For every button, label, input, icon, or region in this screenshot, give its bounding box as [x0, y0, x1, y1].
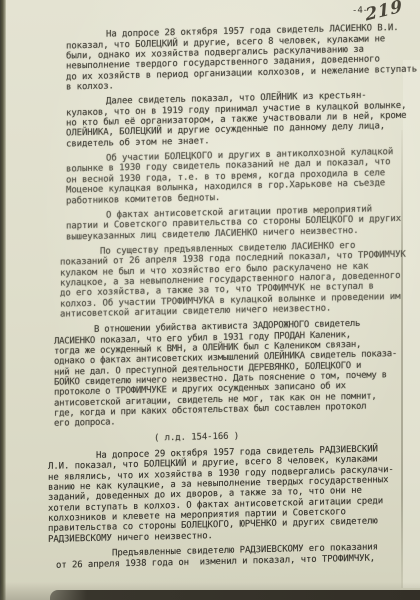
paragraph-interrogation-lasienko: На допросе 28 октября 1957 года свидетел…	[66, 23, 420, 93]
paragraph-radzievsky-testimony: На допросе 29 октября 1957 года свидетел…	[48, 444, 420, 546]
paragraph-trofimchuk-testimony: По существу предъявленных свидетелю ЛАСИ…	[60, 239, 420, 320]
case-sheets-reference: ( л.д. 154-166 )	[66, 427, 420, 445]
paragraph-boletsky-1930: Об участии БОЛЕЦКОГО и других в антиколх…	[66, 147, 420, 207]
scanned-document-photo: -4- На допросе 28 октября 1957 года свид…	[0, 0, 420, 600]
paragraph-oleynik-1919: Далее свидетель показал, что ОЛЕЙНИК из …	[66, 90, 420, 150]
photo-left-edge	[0, 0, 6, 600]
typed-text-block: -4- На допросе 28 октября 1957 года свид…	[0, 0, 420, 577]
paragraph-zadorozhny-murder: В отношении убийства активиста ЗАДОРОЖНО…	[54, 318, 420, 430]
bottom-dark-band	[50, 590, 420, 600]
paragraph-agitation-facts: О фактах антисоветской агитации против м…	[66, 203, 420, 242]
paragraph-radzievsky-changed: Предъявленные свидетелю РАДЗИЕВСКОМУ его…	[56, 542, 420, 571]
